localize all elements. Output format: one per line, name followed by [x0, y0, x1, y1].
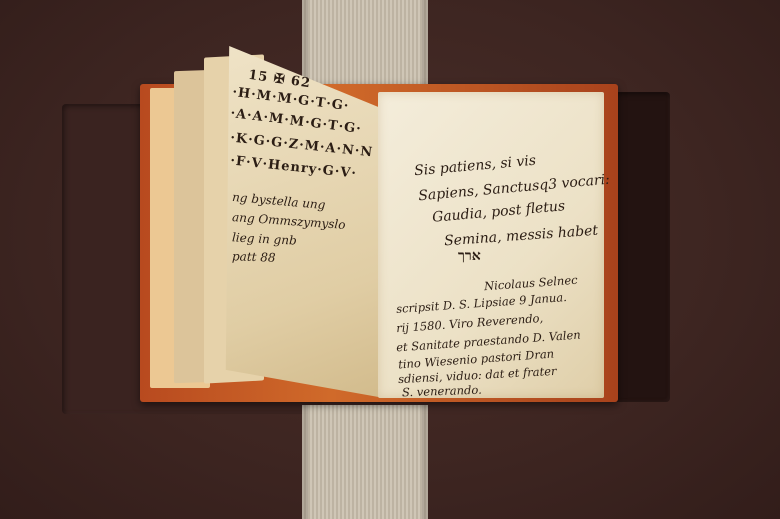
left-page-line: patt 88 [232, 249, 276, 265]
display-mount: 15 ✠ 62 ·H·M·M·G·T·G· ·A·A·M·M·G·T·G· ·K… [0, 0, 780, 519]
hebrew-word: ארך [458, 248, 481, 265]
cloth-strap-bottom [302, 405, 428, 519]
inscription-line: S. venerando. [402, 383, 482, 400]
